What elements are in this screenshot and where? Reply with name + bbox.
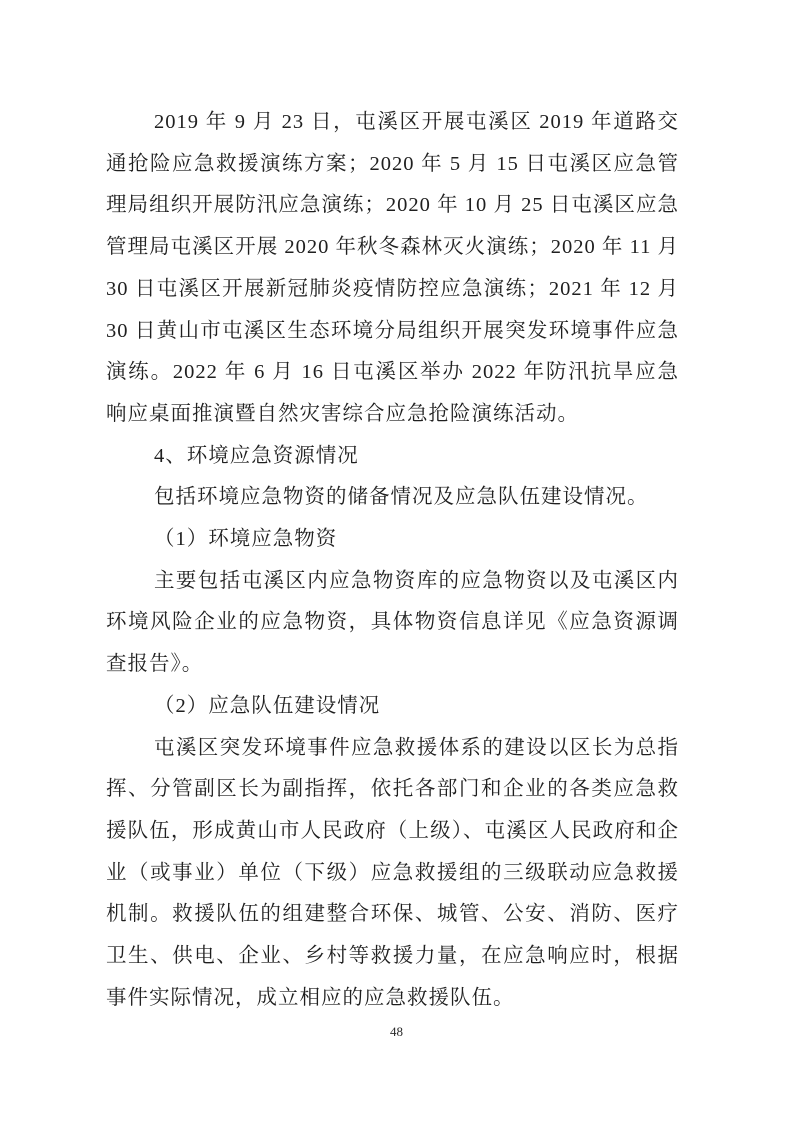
document-page: 2019 年 9 月 23 日，屯溪区开展屯溪区 2019 年道路交通抢险应急救… bbox=[0, 0, 793, 1122]
subheading-rescue-team: （2）应急队伍建设情况 bbox=[106, 686, 679, 728]
paragraph-resources-overview: 包括环境应急物资的储备情况及应急队伍建设情况。 bbox=[106, 477, 679, 519]
paragraph-drill-history: 2019 年 9 月 23 日，屯溪区开展屯溪区 2019 年道路交通抢险应急救… bbox=[106, 102, 679, 436]
paragraph-supplies-detail: 主要包括屯溪区内应急物资库的应急物资以及屯溪区内环境风险企业的应急物资，具体物资… bbox=[106, 561, 679, 686]
paragraph-rescue-team-detail: 屯溪区突发环境事件应急救援体系的建设以区长为总指挥、分管副区长为副指挥，依托各部… bbox=[106, 728, 679, 1020]
page-footer: 48 bbox=[0, 1022, 793, 1042]
subheading-emergency-supplies: （1）环境应急物资 bbox=[106, 519, 679, 561]
document-body: 2019 年 9 月 23 日，屯溪区开展屯溪区 2019 年道路交通抢险应急救… bbox=[106, 102, 679, 1019]
heading-emergency-resources: 4、环境应急资源情况 bbox=[106, 436, 679, 478]
page-number: 48 bbox=[390, 1024, 403, 1039]
